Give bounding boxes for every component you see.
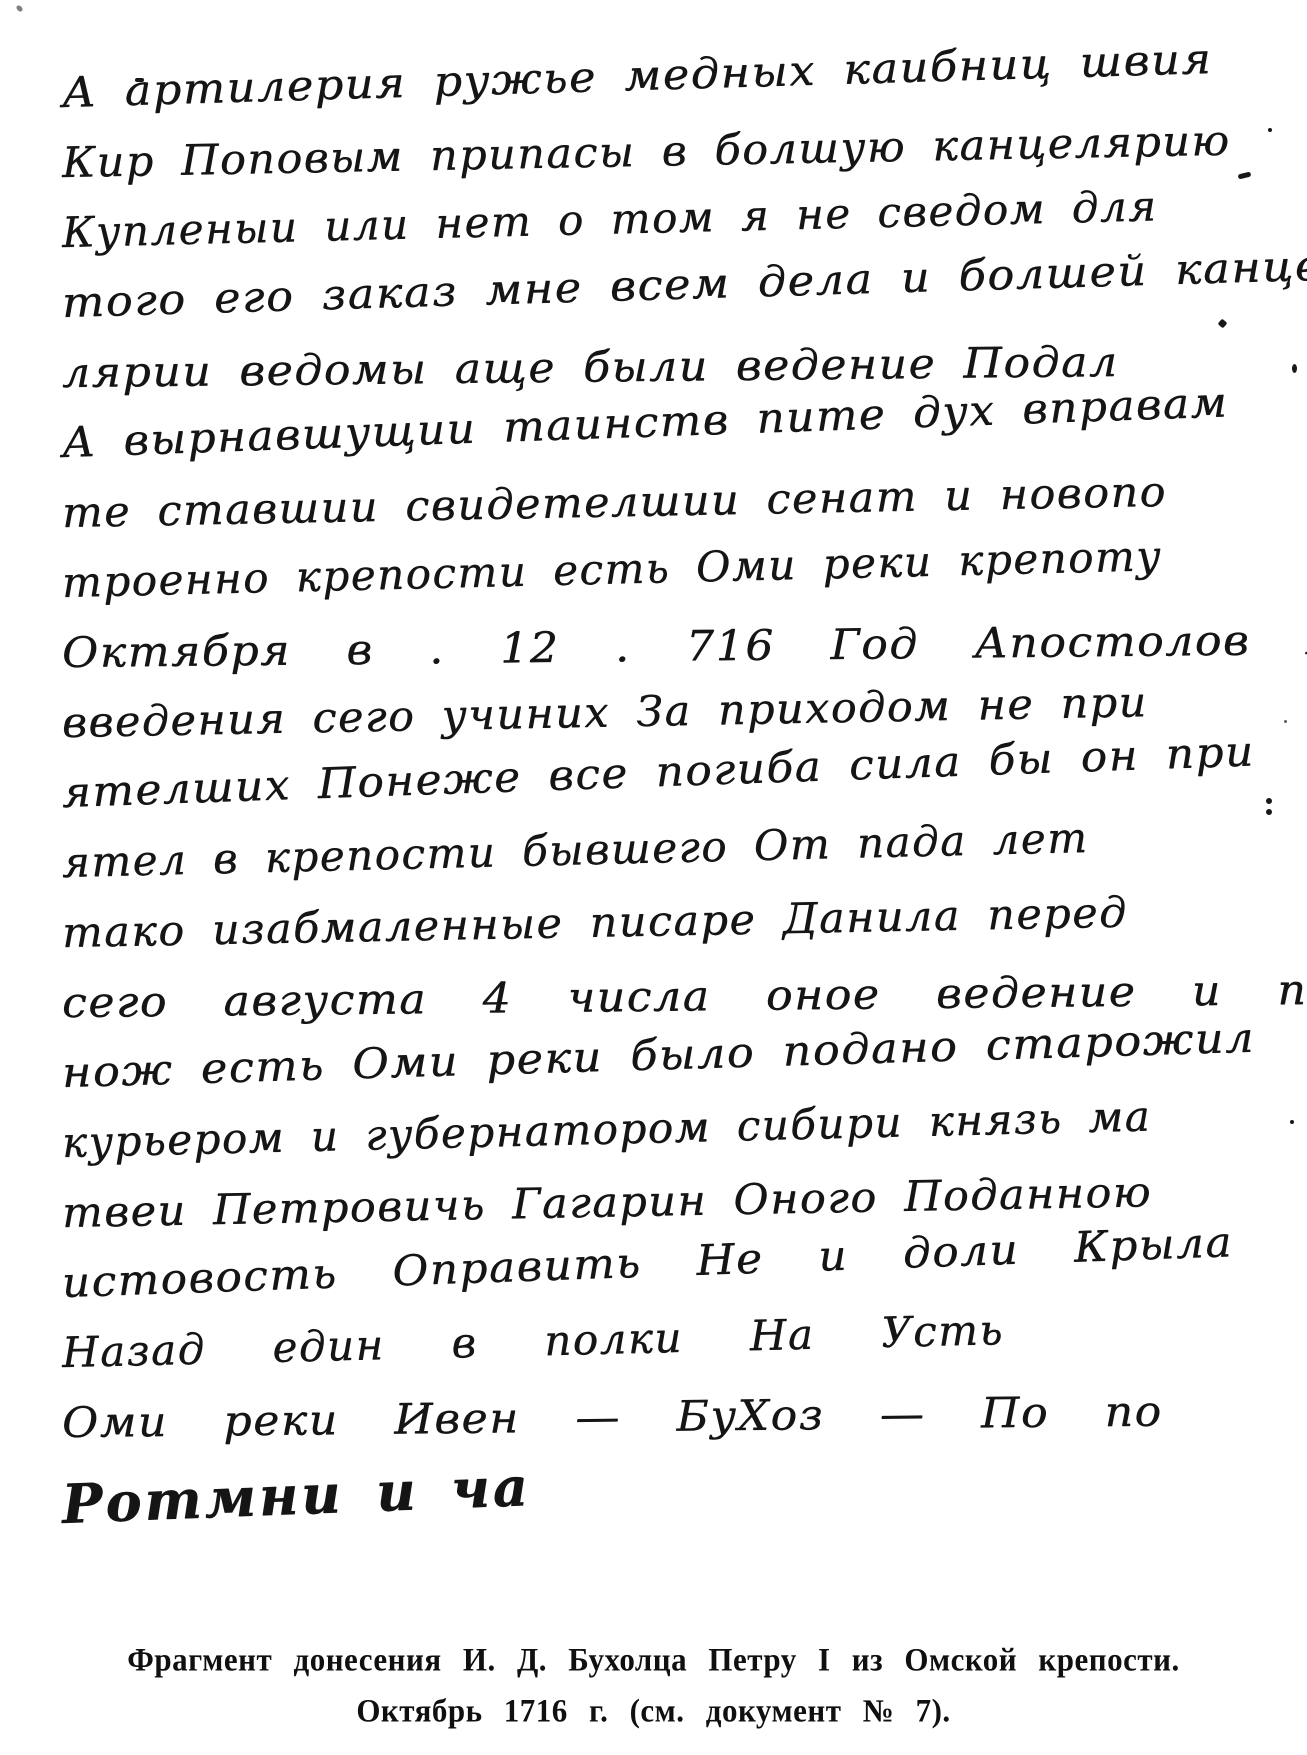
- manuscript-body: А артилерия ружье медных каибниц швия Ки…: [62, 62, 1247, 1558]
- caption-line-1: Фрагмент донесения И. Д. Бухолца Петру I…: [0, 1634, 1307, 1685]
- ink-speck: [1268, 128, 1272, 132]
- ink-speck: [15, 4, 23, 12]
- ink-speck: [135, 78, 144, 82]
- ink-speck: [1284, 720, 1287, 723]
- caption-line-2: Октябрь 1716 г. (см. документ № 7).: [0, 1685, 1307, 1736]
- ink-speck: [1290, 1120, 1294, 1124]
- caption: Фрагмент донесения И. Д. Бухолца Петру I…: [0, 1634, 1307, 1736]
- document-page: А артилерия ружье медных каибниц швия Ки…: [0, 0, 1307, 1755]
- ink-speck: [1266, 798, 1272, 804]
- ink-speck: [1292, 364, 1297, 373]
